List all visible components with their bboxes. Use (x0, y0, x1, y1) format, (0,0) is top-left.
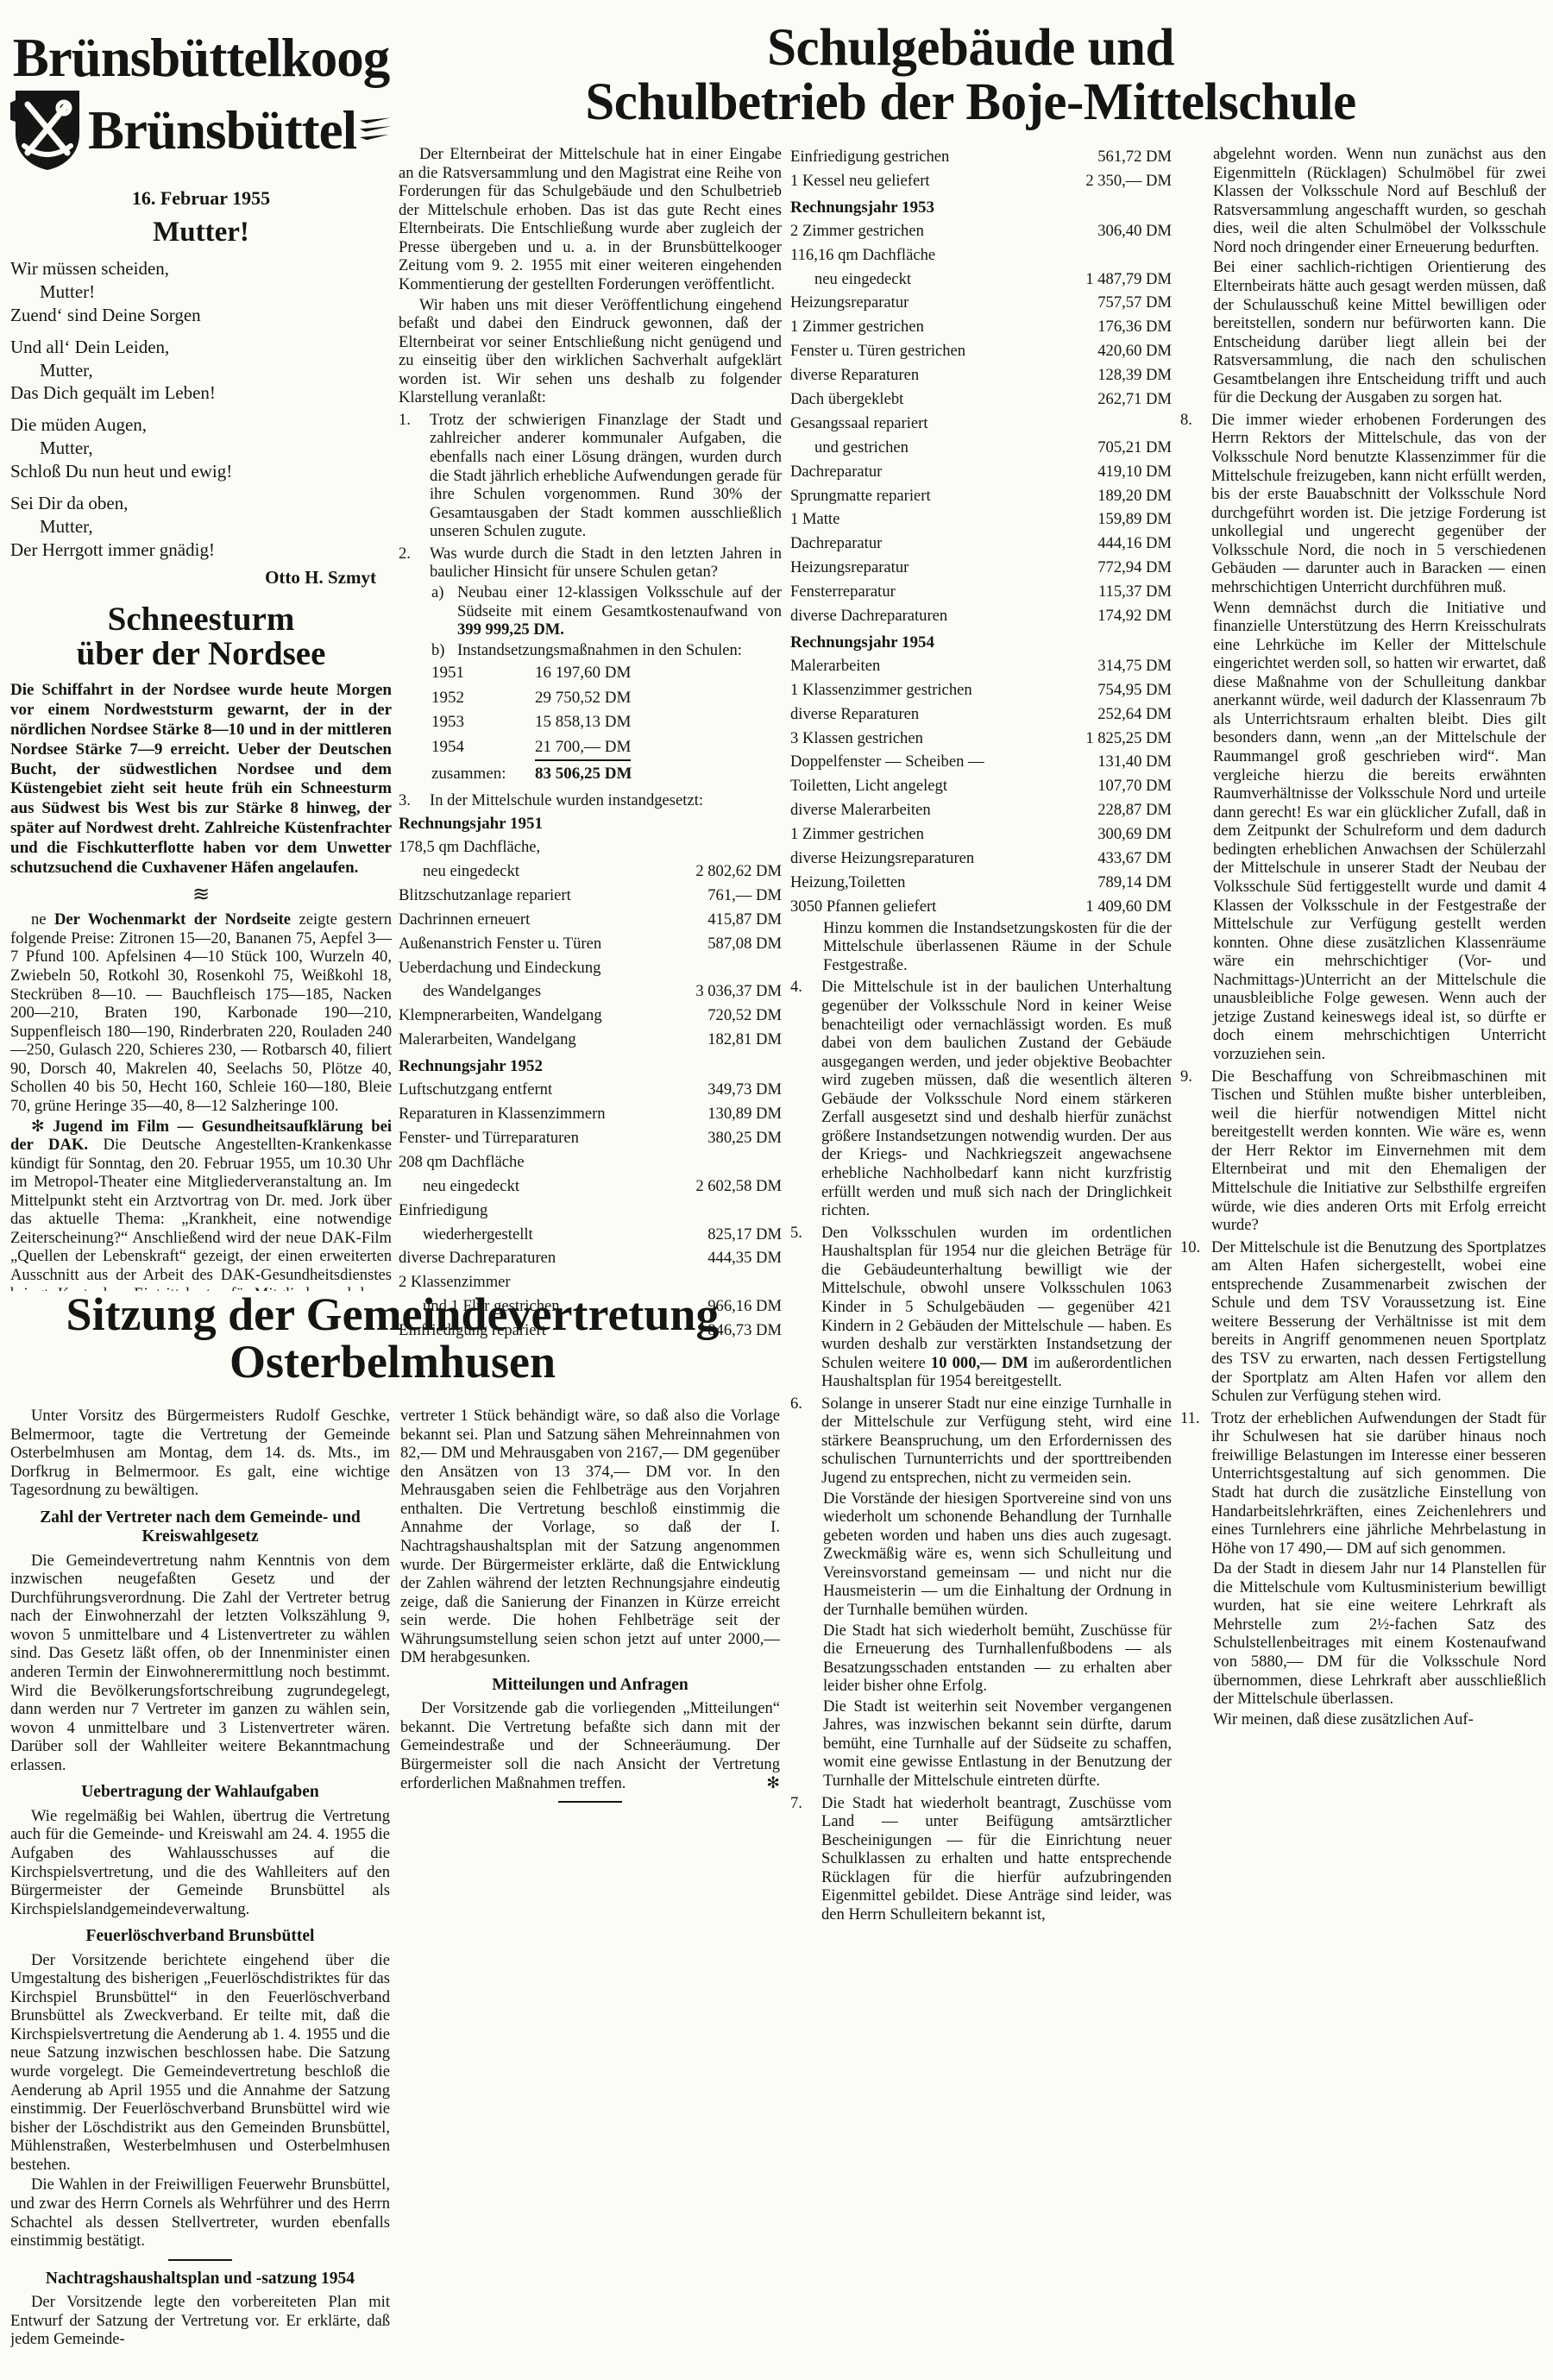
cost-value: 2 350,— DM (1085, 169, 1172, 193)
numbered-item: 4.Die Mittelschule ist in der baulichen … (790, 978, 1172, 1219)
school-article-column-3: abgelehnt worden. Wenn nun zunächst aus … (1180, 145, 1546, 1849)
cost-value: 306,40 DM (1097, 219, 1172, 243)
text: ✻ (745, 1774, 780, 1793)
poem-line: Die müden Augen, (10, 413, 392, 437)
cost-value: 444,35 DM (707, 1246, 782, 1270)
year-value: 21 700,— DM (535, 735, 631, 762)
item-letter: a) (431, 583, 457, 639)
paragraph: Die Stadt hat sich wiederholt bemüht, Zu… (823, 1621, 1172, 1696)
numbered-item: 9.Die Beschaffung von Schreibmaschinen m… (1180, 1067, 1546, 1235)
paragraph: Hinzu kommen die Instandsetzungskosten f… (823, 919, 1172, 975)
item-text: Trotz der erheblichen Aufwendungen der S… (1211, 1409, 1546, 1558)
cost-value: 757,57 DM (1097, 291, 1172, 315)
cost-value: 415,87 DM (707, 908, 782, 932)
cost-value: 444,16 DM (1097, 532, 1172, 556)
year-label: 1952 (431, 686, 535, 711)
cost-label: 3 Klassen gestrichen (790, 727, 930, 751)
item-text: Die immer wieder erhobenen Forderungen d… (1211, 411, 1546, 597)
cost-row: Einfriedigung (399, 1199, 782, 1223)
cost-row: Ueberdachung und Eindeckung (399, 956, 782, 980)
storm-headline-line1: Schneesturm (108, 601, 295, 638)
cost-value: 754,95 DM (1097, 678, 1172, 702)
total-value: 83 506,25 DM (535, 761, 632, 787)
lettered-item: a)Neubau einer 12-klassigen Volksschule … (431, 583, 782, 639)
cost-label: Fenster u. Türen gestrichen (790, 339, 972, 363)
paragraph: Der Vorsitzende gab die vorliegenden „Mi… (400, 1699, 780, 1792)
paragraph: ne Der Wochenmarkt der Nordseite zeigte … (10, 910, 392, 1115)
cost-row: diverse Dachreparaturen444,35 DM (399, 1246, 782, 1270)
masthead-flourish-icon (360, 113, 392, 148)
paragraph: Die Stadt ist weiterhin seit November ve… (823, 1697, 1172, 1791)
cost-value: 825,17 DM (707, 1223, 782, 1247)
cost-row: neu eingedeckt2 602,58 DM (399, 1174, 782, 1199)
year-row: 195421 700,— DM (431, 735, 782, 762)
text: Die Gemeindevertretung nahm Kenntnis von… (10, 1552, 390, 1774)
cost-value: 2 602,58 DM (695, 1174, 782, 1199)
lettered-item: b)Instandsetzungsmaßnahmen in den Schule… (431, 641, 782, 660)
cost-label: Dach übergeklebt (790, 387, 910, 412)
cost-label: 208 qm Dachfläche (399, 1150, 531, 1174)
cost-row: neu eingedeckt1 487,79 DM (790, 268, 1172, 292)
school-headline-line1: Schulgebäude und (767, 19, 1174, 77)
cost-label: Fenster- und Türreparaturen (399, 1126, 586, 1150)
item-number: 6. (790, 1395, 821, 1488)
cost-row: 1 Zimmer gestrichen300,69 DM (790, 822, 1172, 847)
paragraph: Bei einer sachlich-richtigen Orientierun… (1213, 258, 1546, 407)
text: Der Vorsitzende legte den vorbereiteten … (10, 2293, 390, 2348)
cost-label: des Wandelganges (399, 979, 548, 1004)
cost-label: Malerarbeiten, Wandelgang (399, 1028, 583, 1052)
cost-row: 1 Klassenzimmer gestrichen754,95 DM (790, 678, 1172, 702)
text: Die Wahlen in der Freiwilligen Feuerwehr… (10, 2175, 390, 2250)
numbered-item: 10.Der Mittelschule ist die Benutzung de… (1180, 1238, 1546, 1406)
numbered-item: 11.Trotz der erheblichen Aufwendungen de… (1180, 1409, 1546, 1558)
cost-label: diverse Reparaturen (790, 363, 926, 387)
cost-row: Fenster- und Türreparaturen380,25 DM (399, 1126, 782, 1150)
cost-row: 2 Zimmer gestrichen306,40 DM (790, 219, 1172, 243)
item-number: 11. (1180, 1409, 1211, 1558)
cost-label: Blitzschutzanlage repariert (399, 884, 578, 908)
fiscal-year-heading: Rechnungsjahr 1953 (790, 198, 1172, 217)
cost-row: Heizungsreparatur757,57 DM (790, 291, 1172, 315)
cost-value: 130,89 DM (707, 1102, 782, 1126)
paragraph: Wir haben uns mit dieser Veröffentlichun… (399, 296, 782, 407)
cost-row: neu eingedeckt2 802,62 DM (399, 859, 782, 884)
text: Da der Stadt in diesem Jahr nur 14 Plans… (1213, 1559, 1546, 1708)
text: Solange in unserer Stadt nur eine einzig… (821, 1395, 1172, 1487)
item-text: Neubau einer 12-klassigen Volksschule au… (457, 583, 782, 639)
paragraph: Wir meinen, daß diese zusätzlichen Auf- (1213, 1710, 1546, 1729)
numbered-item: 1.Trotz der schwierigen Finanzlage der S… (399, 411, 782, 541)
masthead-title-line2: Brünsbüttel (88, 104, 356, 158)
text: vertreter 1 Stück behändigt wäre, so daß… (400, 1407, 780, 1666)
text: Den Volksschulen wurden im ordentlichen … (821, 1224, 1172, 1372)
cost-value: 131,40 DM (1097, 750, 1172, 774)
text: Was wurde durch die Stadt in den letzten… (430, 545, 782, 582)
cost-label: diverse Dachreparaturen (790, 604, 954, 628)
text: Der Vorsitzende berichtete eingehend übe… (10, 1951, 390, 2174)
numbered-item: 6.Solange in unserer Stadt nur eine einz… (790, 1395, 1172, 1488)
cost-value: 2 802,62 DM (695, 859, 782, 884)
cost-row: diverse Dachreparaturen174,92 DM (790, 604, 1172, 628)
item-text: Die Stadt hat wiederholt beantragt, Zusc… (821, 1794, 1172, 1924)
cost-label: 1 Kessel neu geliefert (790, 169, 937, 193)
cost-value: 380,25 DM (707, 1126, 782, 1150)
storm-headline: Schneesturm über der Nordsee (10, 602, 392, 673)
issue-date: 16. Februar 1955 (10, 187, 392, 210)
poem-line: Mutter, (10, 359, 392, 382)
cost-row: Gesangssaal repariert (790, 412, 1172, 436)
cost-row: diverse Malerarbeiten228,87 DM (790, 798, 1172, 822)
text: Hinzu kommen die Instandsetzungskosten f… (823, 919, 1172, 974)
cost-label: Klempnerarbeiten, Wandelgang (399, 1004, 609, 1028)
cost-value: 561,72 DM (1097, 145, 1172, 169)
cost-value: 314,75 DM (1097, 654, 1172, 678)
cost-label: Malerarbeiten (790, 654, 887, 678)
poem-line: Mutter! (10, 280, 392, 304)
cost-value: 262,71 DM (1097, 387, 1172, 412)
cost-row: Heizung,Toiletten789,14 DM (790, 871, 1172, 895)
cost-row: 3050 Pfannen geliefert1 409,60 DM (790, 895, 1172, 919)
cost-value: 349,73 DM (707, 1078, 782, 1102)
poem-article: Mutter! Wir müssen scheiden,Mutter!Zuend… (10, 217, 392, 589)
numbered-item: 2.Was wurde durch die Stadt in den letzt… (399, 545, 782, 582)
item-text: Die Mittelschule ist in der baulichen Un… (821, 978, 1172, 1219)
meeting-article-column-1: Unter Vorsitz des Bürgermeisters Rudolf … (10, 1407, 390, 2371)
left-column: Brünsbüttelkoog Brünsbüttel (10, 16, 392, 1291)
text: In der Mittelschule wurden instandgesetz… (430, 791, 703, 809)
poem-line: Der Herrgott immer gnädig! (10, 538, 392, 562)
year-label: 1954 (431, 735, 535, 762)
cost-value: 419,10 DM (1097, 460, 1172, 484)
masthead-title-line1: Brünsbüttelkoog (10, 31, 392, 85)
cost-value: 174,92 DM (1097, 604, 1172, 628)
cost-value: 189,20 DM (1097, 484, 1172, 508)
meeting-headline-line1: Sitzung der Gemeindevertretung (66, 1288, 720, 1340)
meeting-headline-line2: Osterbelmhusen (229, 1336, 556, 1388)
paragraph: Der Vorsitzende berichtete eingehend übe… (10, 1951, 390, 2175)
cost-value: 228,87 DM (1097, 798, 1172, 822)
cost-value: 420,60 DM (1097, 339, 1172, 363)
cost-row: Blitzschutzanlage repariert761,— DM (399, 884, 782, 908)
text: Die Deutsche Angestellten-Krankenkasse k… (10, 1136, 392, 1291)
paragraph: abgelehnt worden. Wenn nun zunächst aus … (1213, 145, 1546, 256)
cost-value: 587,08 DM (707, 932, 782, 956)
item-text: Trotz der schwierigen Finanzlage der Sta… (430, 411, 782, 541)
cost-row: 3 Klassen gestrichen1 825,25 DM (790, 727, 1172, 751)
cost-label: neu eingedeckt (790, 268, 918, 292)
cost-value: 182,81 DM (707, 1028, 782, 1052)
school-article-column-2: Einfriedigung gestrichen561,72 DM1 Kesse… (790, 145, 1172, 2233)
cost-label: Reparaturen in Klassenzimmern (399, 1102, 613, 1126)
cost-row: diverse Reparaturen252,64 DM (790, 702, 1172, 727)
item-text: Der Mittelschule ist die Benutzung des S… (1211, 1238, 1546, 1406)
storm-body: Die Schiffahrt in der Nordsee wurde heut… (10, 681, 392, 878)
cost-value: 3 036,37 DM (695, 979, 782, 1004)
sub-headline: Uebertragung der Wahlaufgaben (16, 1783, 385, 1802)
text: Instandsetzungsmaßnahmen in den Schulen: (457, 641, 742, 659)
cost-label: 3050 Pfannen geliefert (790, 895, 943, 919)
cost-value: 720,52 DM (707, 1004, 782, 1028)
numbered-item: 7.Die Stadt hat wiederholt beantragt, Zu… (790, 1794, 1172, 1924)
cost-row: 178,5 qm Dachfläche, (399, 835, 782, 859)
paragraph: Die Wahlen in der Freiwilligen Feuerwehr… (10, 2175, 390, 2250)
poem-line: Mutter, (10, 515, 392, 538)
school-article-column-1: Der Elternbeirat der Mittelschule hat in… (399, 145, 782, 1346)
poem-line: Sei Dir da oben, (10, 492, 392, 515)
text: Die Beschaffung von Schreibmaschinen mit… (1211, 1067, 1546, 1235)
cost-row: Klempnerarbeiten, Wandelgang720,52 DM (399, 1004, 782, 1028)
poem-line: Mutter, (10, 437, 392, 460)
cost-value: 1 409,60 DM (1085, 895, 1172, 919)
text: Der Mittelschule ist die Benutzung des S… (1211, 1238, 1546, 1406)
cost-row: 1 Zimmer gestrichen176,36 DM (790, 315, 1172, 339)
text: Wenn demnächst durch die Initiative und … (1213, 599, 1546, 1064)
text: Unter Vorsitz des Bürgermeisters Rudolf … (10, 1407, 390, 1499)
cost-row: des Wandelganges3 036,37 DM (399, 979, 782, 1004)
section-divider-squiggle-icon: ≋ (10, 885, 392, 905)
dak-article: ✻ Jugend im Film — Gesundheitsaufklärung… (10, 1118, 392, 1291)
paragraph: Da der Stadt in diesem Jahr nur 14 Plans… (1213, 1559, 1546, 1709)
cost-value: 705,21 DM (1097, 436, 1172, 460)
cost-row: wiederhergestellt825,17 DM (399, 1223, 782, 1247)
sub-headline: Mitteilungen und Anfragen (406, 1676, 775, 1695)
school-headline-line2: Schulbetrieb der Boje-Mittelschule (585, 73, 1355, 131)
cost-label: Dachreparatur (790, 532, 889, 556)
item-number: 5. (790, 1224, 821, 1391)
cost-label: neu eingedeckt (399, 1174, 526, 1199)
poem-line: Und all‘ Dein Leiden, (10, 336, 392, 359)
year-row: 195229 750,52 DM (431, 686, 782, 711)
paragraph: Die Gemeindevertretung nahm Kenntnis von… (10, 1552, 390, 1775)
paragraph: ✻ Jugend im Film — Gesundheitsaufklärung… (10, 1118, 392, 1291)
year-value: 16 197,60 DM (535, 661, 631, 686)
year-value: 29 750,52 DM (535, 686, 631, 711)
cost-label: 1 Zimmer gestrichen (790, 822, 931, 847)
divider-rule (558, 1801, 622, 1803)
cost-value: 252,64 DM (1097, 702, 1172, 727)
text: Wir meinen, daß diese zusätzlichen Auf- (1213, 1710, 1474, 1728)
year-row: 195315 858,13 DM (431, 710, 782, 735)
sub-headline: Nachtragshaushaltsplan und -satzung 1954 (16, 2270, 385, 2289)
cost-label: Sprungmatte repariert (790, 484, 938, 508)
cost-label: diverse Heizungsreparaturen (790, 847, 981, 871)
text: Wie regelmäßig bei Wahlen, übertrug die … (10, 1807, 390, 1918)
total-row: zusammen:83 506,25 DM (431, 761, 782, 787)
poem-line: Schloß Du nun heut und ewig! (10, 460, 392, 483)
cost-row: 116,16 qm Dachfläche (790, 243, 1172, 268)
paragraph: Wenn demnächst durch die Initiative und … (1213, 599, 1546, 1064)
cost-label: diverse Dachreparaturen (399, 1246, 563, 1270)
cost-row: Dach übergeklebt262,71 DM (790, 387, 1172, 412)
text: Der Elternbeirat der Mittelschule hat in… (399, 145, 782, 293)
total-label: zusammen: (431, 761, 535, 787)
text: Die Stadt hat wiederholt beantragt, Zusc… (821, 1794, 1172, 1924)
poem-author: Otto H. Szmyt (10, 567, 392, 589)
cost-label: Dachrinnen erneuert (399, 908, 537, 932)
cost-row: diverse Heizungsreparaturen433,67 DM (790, 847, 1172, 871)
masthead: Brünsbüttelkoog Brünsbüttel (10, 31, 392, 210)
poem-line: Das Dich gequält im Leben! (10, 381, 392, 405)
text: zeigte gestern folgende Preise: Zitronen… (10, 910, 392, 1115)
paragraph: Die Vorstände der hiesigen Sportvereine … (823, 1489, 1172, 1620)
item-text: Instandsetzungsmaßnahmen in den Schulen: (457, 641, 782, 660)
cost-value: 159,89 DM (1097, 507, 1172, 532)
divider-rule (168, 2259, 232, 2261)
cost-row: Doppelfenster — Scheiben —131,40 DM (790, 750, 1172, 774)
text: Die Vorstände der hiesigen Sportvereine … (823, 1489, 1172, 1619)
cost-label: Einfriedigung gestrichen (790, 145, 956, 169)
cost-label: 1 Zimmer gestrichen (790, 315, 931, 339)
cost-label: Heizungsreparatur (790, 556, 915, 580)
cost-label: 2 Zimmer gestrichen (790, 219, 931, 243)
text: Die Mittelschule ist in der baulichen Un… (821, 978, 1172, 1219)
poem-title: Mutter! (10, 217, 392, 249)
cost-label: 178,5 qm Dachfläche, (399, 835, 547, 859)
cost-label: Dachreparatur (790, 460, 889, 484)
text: ✻ (31, 1118, 53, 1136)
fiscal-year-heading: Rechnungsjahr 1951 (399, 815, 782, 834)
cost-label: Fensterreparatur (790, 580, 902, 604)
bold-text: Der Wochenmarkt der Nordseite (54, 910, 291, 929)
item-number: 4. (790, 978, 821, 1219)
cost-row: Heizungsreparatur772,94 DM (790, 556, 1172, 580)
newspaper-page: Brünsbüttelkoog Brünsbüttel (0, 0, 1553, 2380)
cost-label: 116,16 qm Dachfläche (790, 243, 942, 268)
cost-label: und gestrichen (790, 436, 915, 460)
text: Die Stadt ist weiterhin seit November ve… (823, 1697, 1172, 1790)
item-number: 1. (399, 411, 430, 541)
storm-article: Schneesturm über der Nordsee Die Schiffa… (10, 602, 392, 878)
cost-label: Doppelfenster — Scheiben — (790, 750, 991, 774)
school-article-headline: Schulgebäude und Schulbetrieb der Boje-M… (397, 21, 1544, 130)
cost-value: 1 487,79 DM (1085, 268, 1172, 292)
numbered-item: 5.Den Volksschulen wurden im ordentliche… (790, 1224, 1172, 1391)
cost-value: 761,— DM (707, 884, 782, 908)
cost-value: 772,94 DM (1097, 556, 1172, 580)
paragraph: Der Elternbeirat der Mittelschule hat in… (399, 145, 782, 294)
cost-label: 1 Matte (790, 507, 846, 532)
cost-value: 107,70 DM (1097, 774, 1172, 798)
text: Bei einer sachlich-richtigen Orientierun… (1213, 258, 1546, 406)
paragraph: vertreter 1 Stück behändigt wäre, so daß… (400, 1407, 780, 1667)
item-number: 8. (1180, 411, 1211, 597)
cost-label: Toiletten, Licht angelegt (790, 774, 954, 798)
cost-label: diverse Malerarbeiten (790, 798, 938, 822)
text: Die Stadt hat sich wiederholt bemüht, Zu… (823, 1621, 1172, 1696)
item-number: 9. (1180, 1067, 1211, 1235)
bold-text: 399 999,25 DM. (457, 620, 564, 639)
cost-row: Malerarbeiten, Wandelgang182,81 DM (399, 1028, 782, 1052)
year-row: 195116 197,60 DM (431, 661, 782, 686)
text: abgelehnt worden. Wenn nun zunächst aus … (1213, 145, 1546, 256)
poem-line: Zuend‘ sind Deine Sorgen (10, 304, 392, 327)
meeting-article-column-2: vertreter 1 Stück behändigt wäre, so daß… (400, 1407, 780, 2371)
numbered-item: 8.Die immer wieder erhobenen Forderungen… (1180, 411, 1546, 597)
text: Wir haben uns mit dieser Veröffentlichun… (399, 296, 782, 407)
cost-label: Heizungsreparatur (790, 291, 915, 315)
cost-row: Reparaturen in Klassenzimmern130,89 DM (399, 1102, 782, 1126)
cost-value: 1 825,25 DM (1085, 727, 1172, 751)
cost-label: Einfriedigung (399, 1199, 494, 1223)
paragraph: Wie regelmäßig bei Wahlen, übertrug die … (10, 1807, 390, 1918)
cost-row: Außenanstrich Fenster u. Türen587,08 DM (399, 932, 782, 956)
numbered-item: 3.In der Mittelschule wurden instandgese… (399, 791, 782, 810)
cost-label: Luftschutzgang entfernt (399, 1078, 559, 1102)
item-text: Was wurde durch die Stadt in den letzten… (430, 545, 782, 582)
cost-row: Fenster u. Türen gestrichen420,60 DM (790, 339, 1172, 363)
cost-row: Einfriedigung gestrichen561,72 DM (790, 145, 1172, 169)
sub-headline: Zahl der Vertreter nach dem Gemeinde- un… (16, 1508, 385, 1547)
text: ne (31, 910, 54, 929)
poem-line: Wir müssen scheiden, (10, 257, 392, 280)
cost-label: Außenanstrich Fenster u. Türen (399, 932, 608, 956)
text: Trotz der schwierigen Finanzlage der Sta… (430, 411, 782, 540)
sub-headline: Feuerlöschverband Brunsbüttel (16, 1927, 385, 1946)
fiscal-year-heading: Rechnungsjahr 1952 (399, 1057, 782, 1076)
item-text: Die Beschaffung von Schreibmaschinen mit… (1211, 1067, 1546, 1235)
cost-value: 176,36 DM (1097, 315, 1172, 339)
cost-row: 1 Kessel neu geliefert2 350,— DM (790, 169, 1172, 193)
cost-label: Ueberdachung und Eindeckung (399, 956, 607, 980)
cost-row: 1 Matte159,89 DM (790, 507, 1172, 532)
text: Trotz der erheblichen Aufwendungen der S… (1211, 1409, 1546, 1558)
meeting-article-headline: Sitzung der Gemeindevertretung Osterbelm… (0, 1291, 785, 1386)
item-text: In der Mittelschule wurden instandgesetz… (430, 791, 782, 810)
year-label: 1951 (431, 661, 535, 686)
item-number: 2. (399, 545, 430, 582)
cost-row: diverse Reparaturen128,39 DM (790, 363, 1172, 387)
cost-label: neu eingedeckt (399, 859, 526, 884)
cost-label: 1 Klassenzimmer gestrichen (790, 678, 979, 702)
cost-value: 115,37 DM (1098, 580, 1172, 604)
cost-label: Heizung,Toiletten (790, 871, 912, 895)
item-number: 7. (790, 1794, 821, 1924)
item-number: 10. (1180, 1238, 1211, 1406)
cost-row: Dachreparatur444,16 DM (790, 532, 1172, 556)
cost-value: 128,39 DM (1097, 363, 1172, 387)
year-value: 15 858,13 DM (535, 710, 631, 735)
item-text: Solange in unserer Stadt nur eine einzig… (821, 1395, 1172, 1488)
text: Neubau einer 12-klassigen Volksschule au… (457, 583, 782, 620)
bold-text: 10 000,— DM (931, 1354, 1028, 1372)
cost-row: Sprungmatte repariert189,20 DM (790, 484, 1172, 508)
cost-row: 208 qm Dachfläche (399, 1150, 782, 1174)
year-label: 1953 (431, 710, 535, 735)
paragraph: Unter Vorsitz des Bürgermeisters Rudolf … (10, 1407, 390, 1500)
cost-row: Dachrinnen erneuert415,87 DM (399, 908, 782, 932)
item-text: Den Volksschulen wurden im ordentlichen … (821, 1224, 1172, 1391)
cost-label: Gesangssaal repariert (790, 412, 935, 436)
poem-body: Wir müssen scheiden,Mutter!Zuend‘ sind D… (10, 257, 392, 562)
cost-value: 789,14 DM (1097, 871, 1172, 895)
cost-row: Fensterreparatur115,37 DM (790, 580, 1172, 604)
cost-value: 433,67 DM (1097, 847, 1172, 871)
cost-label: diverse Reparaturen (790, 702, 926, 727)
cost-row: Luftschutzgang entfernt349,73 DM (399, 1078, 782, 1102)
text: Der Vorsitzende gab die vorliegenden „Mi… (400, 1699, 780, 1791)
paragraph: Der Vorsitzende legte den vorbereiteten … (10, 2293, 390, 2349)
text: Die immer wieder erhobenen Forderungen d… (1211, 411, 1546, 596)
cost-row: und gestrichen705,21 DM (790, 436, 1172, 460)
market-article: ne Der Wochenmarkt der Nordseite zeigte … (10, 910, 392, 1115)
cost-label: wiederhergestellt (399, 1223, 540, 1247)
cost-value: 300,69 DM (1097, 822, 1172, 847)
storm-headline-line2: über der Nordsee (77, 635, 326, 672)
town-crest-icon (10, 89, 85, 172)
item-number: 3. (399, 791, 430, 810)
cost-row: Dachreparatur419,10 DM (790, 460, 1172, 484)
